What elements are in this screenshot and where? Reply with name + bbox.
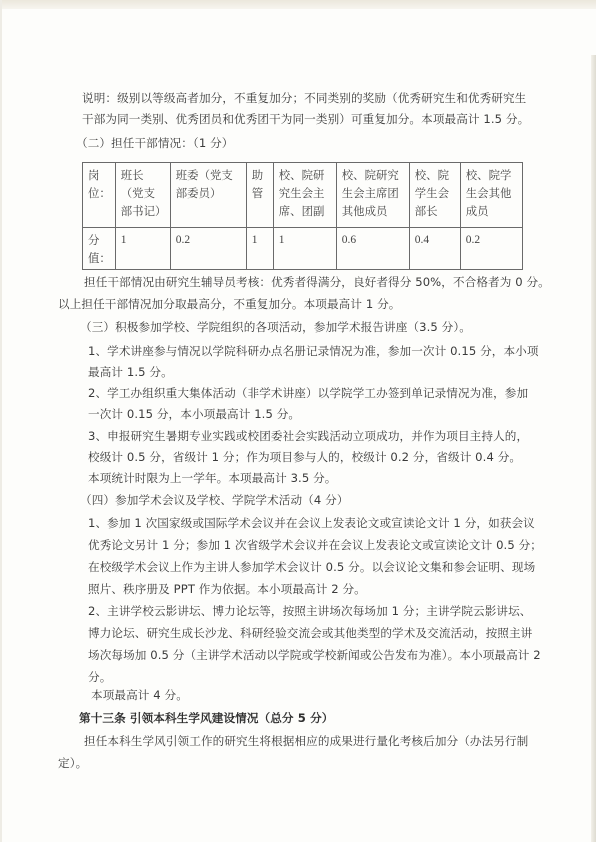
table-cell-score: 1 xyxy=(246,228,273,270)
table-cell-score: 0.2 xyxy=(460,228,522,270)
section3-item1-line-1: 1、学术讲座参与情况以学院科研办点名册记录情况为准，参加一次计 0.15 分，本… xyxy=(88,343,539,359)
article13-body-line-2: 定）。 xyxy=(58,755,87,771)
section3-heading: （三）积极参加学校、学院组织的各项活动，参加学术报告讲座（3.5 分）。 xyxy=(80,319,471,335)
section4-item1-line-3: 在校级学术会议上作为主讲人参加学术会议计 0.5 分。以会议论文集和参会证明、现… xyxy=(88,559,535,575)
table-cell-position: 班长（党支部书记） xyxy=(115,163,170,228)
table-cell-score: 0.6 xyxy=(336,228,409,270)
table-row-positions: 岗位： 班长（党支部书记） 班委（党支部委员） 助管 校、院研究生会主席、团副 … xyxy=(83,163,523,228)
section2-after-line-2: 以上担任干部情况加分取最高分，不重复加分。本项最高计 1 分。 xyxy=(58,296,400,312)
table-cell-score: 1 xyxy=(115,228,170,270)
section4-summary: 本项最高计 4 分。 xyxy=(91,687,188,703)
section2-heading: （二）担任干部情况：（1 分） xyxy=(76,135,233,151)
section4-item1-line-1: 1、参加 1 次国家级或国际学术会议并在会议上发表论文或宣读论文计 1 分，如获… xyxy=(88,515,535,531)
article13-heading: 第十三条 引领本科生学风建设情况（总分 5 分） xyxy=(79,710,333,726)
section3-item3-line-2: 校级计 0.5 分，省级计 1 分；作为项目参与人的，校级计 0.2 分，省级计… xyxy=(88,449,521,465)
table-cell-position: 助管 xyxy=(246,163,273,228)
section3-item1-line-2: 最高计 1.5 分。 xyxy=(88,364,173,380)
section4-item2-line-4: 分。 xyxy=(88,669,111,685)
document-page: 说明：级别以等级高者加分，不重复加分；不同类别的奖励（优秀研究生和优秀研究生 干… xyxy=(0,0,596,842)
table-cell-position: 校、院研究生会主席、团副 xyxy=(273,163,336,228)
section4-heading: （四）参加学术会议及学校、学院学术活动（4 分） xyxy=(80,492,349,508)
section3-summary: 本项统计时限为上一学年。本项最高计 3.5 分。 xyxy=(88,470,337,486)
table-cell-position: 校、院学生会其他成员 xyxy=(460,163,522,228)
table-cell-score: 0.4 xyxy=(409,228,460,270)
cadre-score-table: 岗位： 班长（党支部书记） 班委（党支部委员） 助管 校、院研究生会主席、团副 … xyxy=(82,162,523,270)
article13-body-line-1: 担任本科生学风引领工作的研究生将根据相应的成果进行量化考核后加分（办法另行制 xyxy=(84,733,528,749)
section4-item1-line-2: 优秀论文另计 1 分；参加 1 次省级学术会议并在会议上发表论文或宣读论文计 0… xyxy=(88,537,542,553)
table-row-scores: 分值： 1 0.2 1 1 0.6 0.4 0.2 xyxy=(83,228,523,270)
section4-item2-line-3: 场次每场加 0.5 分（主讲学术活动以学院或学校新闻或公告发布为准）。本小项最高… xyxy=(88,647,541,663)
section4-item1-line-4: 照片、秩序册及 PPT 作为依据。本小项最高计 2 分。 xyxy=(88,581,366,597)
table-value-label: 分值： xyxy=(83,228,116,270)
table-cell-score: 1 xyxy=(273,228,336,270)
section3-item2-line-1: 2、学工办组织重大集体活动（非学术讲座）以学院学工办签到单记录情况为准，参加 xyxy=(88,385,528,401)
note-line-2: 干部为同一类别、优秀团员和优秀团干为同一类别）可重复加分。本项最高计 1.5 分… xyxy=(82,111,529,127)
table-cell-score: 0.2 xyxy=(170,228,246,270)
table-cell-position: 班委（党支部委员） xyxy=(170,163,246,228)
section2-after-line-1: 担任干部情况由研究生辅导员考核：优秀者得满分，良好者得分 50%，不合格者为 0… xyxy=(84,274,550,290)
section3-item3-line-1: 3、申报研究生暑期专业实践或校团委社会实践活动立项成功，并作为项目主持人的， xyxy=(88,428,528,444)
table-cell-position: 校、院研究生会主席团其他成员 xyxy=(336,163,409,228)
section3-item2-line-2: 一次计 0.15 分，本小项最高计 1.5 分。 xyxy=(88,406,300,422)
table-header-label: 岗位： xyxy=(83,163,116,228)
section4-item2-line-2: 博力论坛、研究生成长沙龙、科研经验交流会或其他类型的学术及交流活动，按照主讲 xyxy=(88,625,532,641)
table-cell-position: 校、院学生会部长 xyxy=(409,163,460,228)
section4-item2-line-1: 2、主讲学校云影讲坛、博力论坛等，按照主讲场次每场加 1 分；主讲学院云影讲坛、 xyxy=(88,603,532,619)
note-line-1: 说明：级别以等级高者加分，不重复加分；不同类别的奖励（优秀研究生和优秀研究生 xyxy=(82,90,526,106)
